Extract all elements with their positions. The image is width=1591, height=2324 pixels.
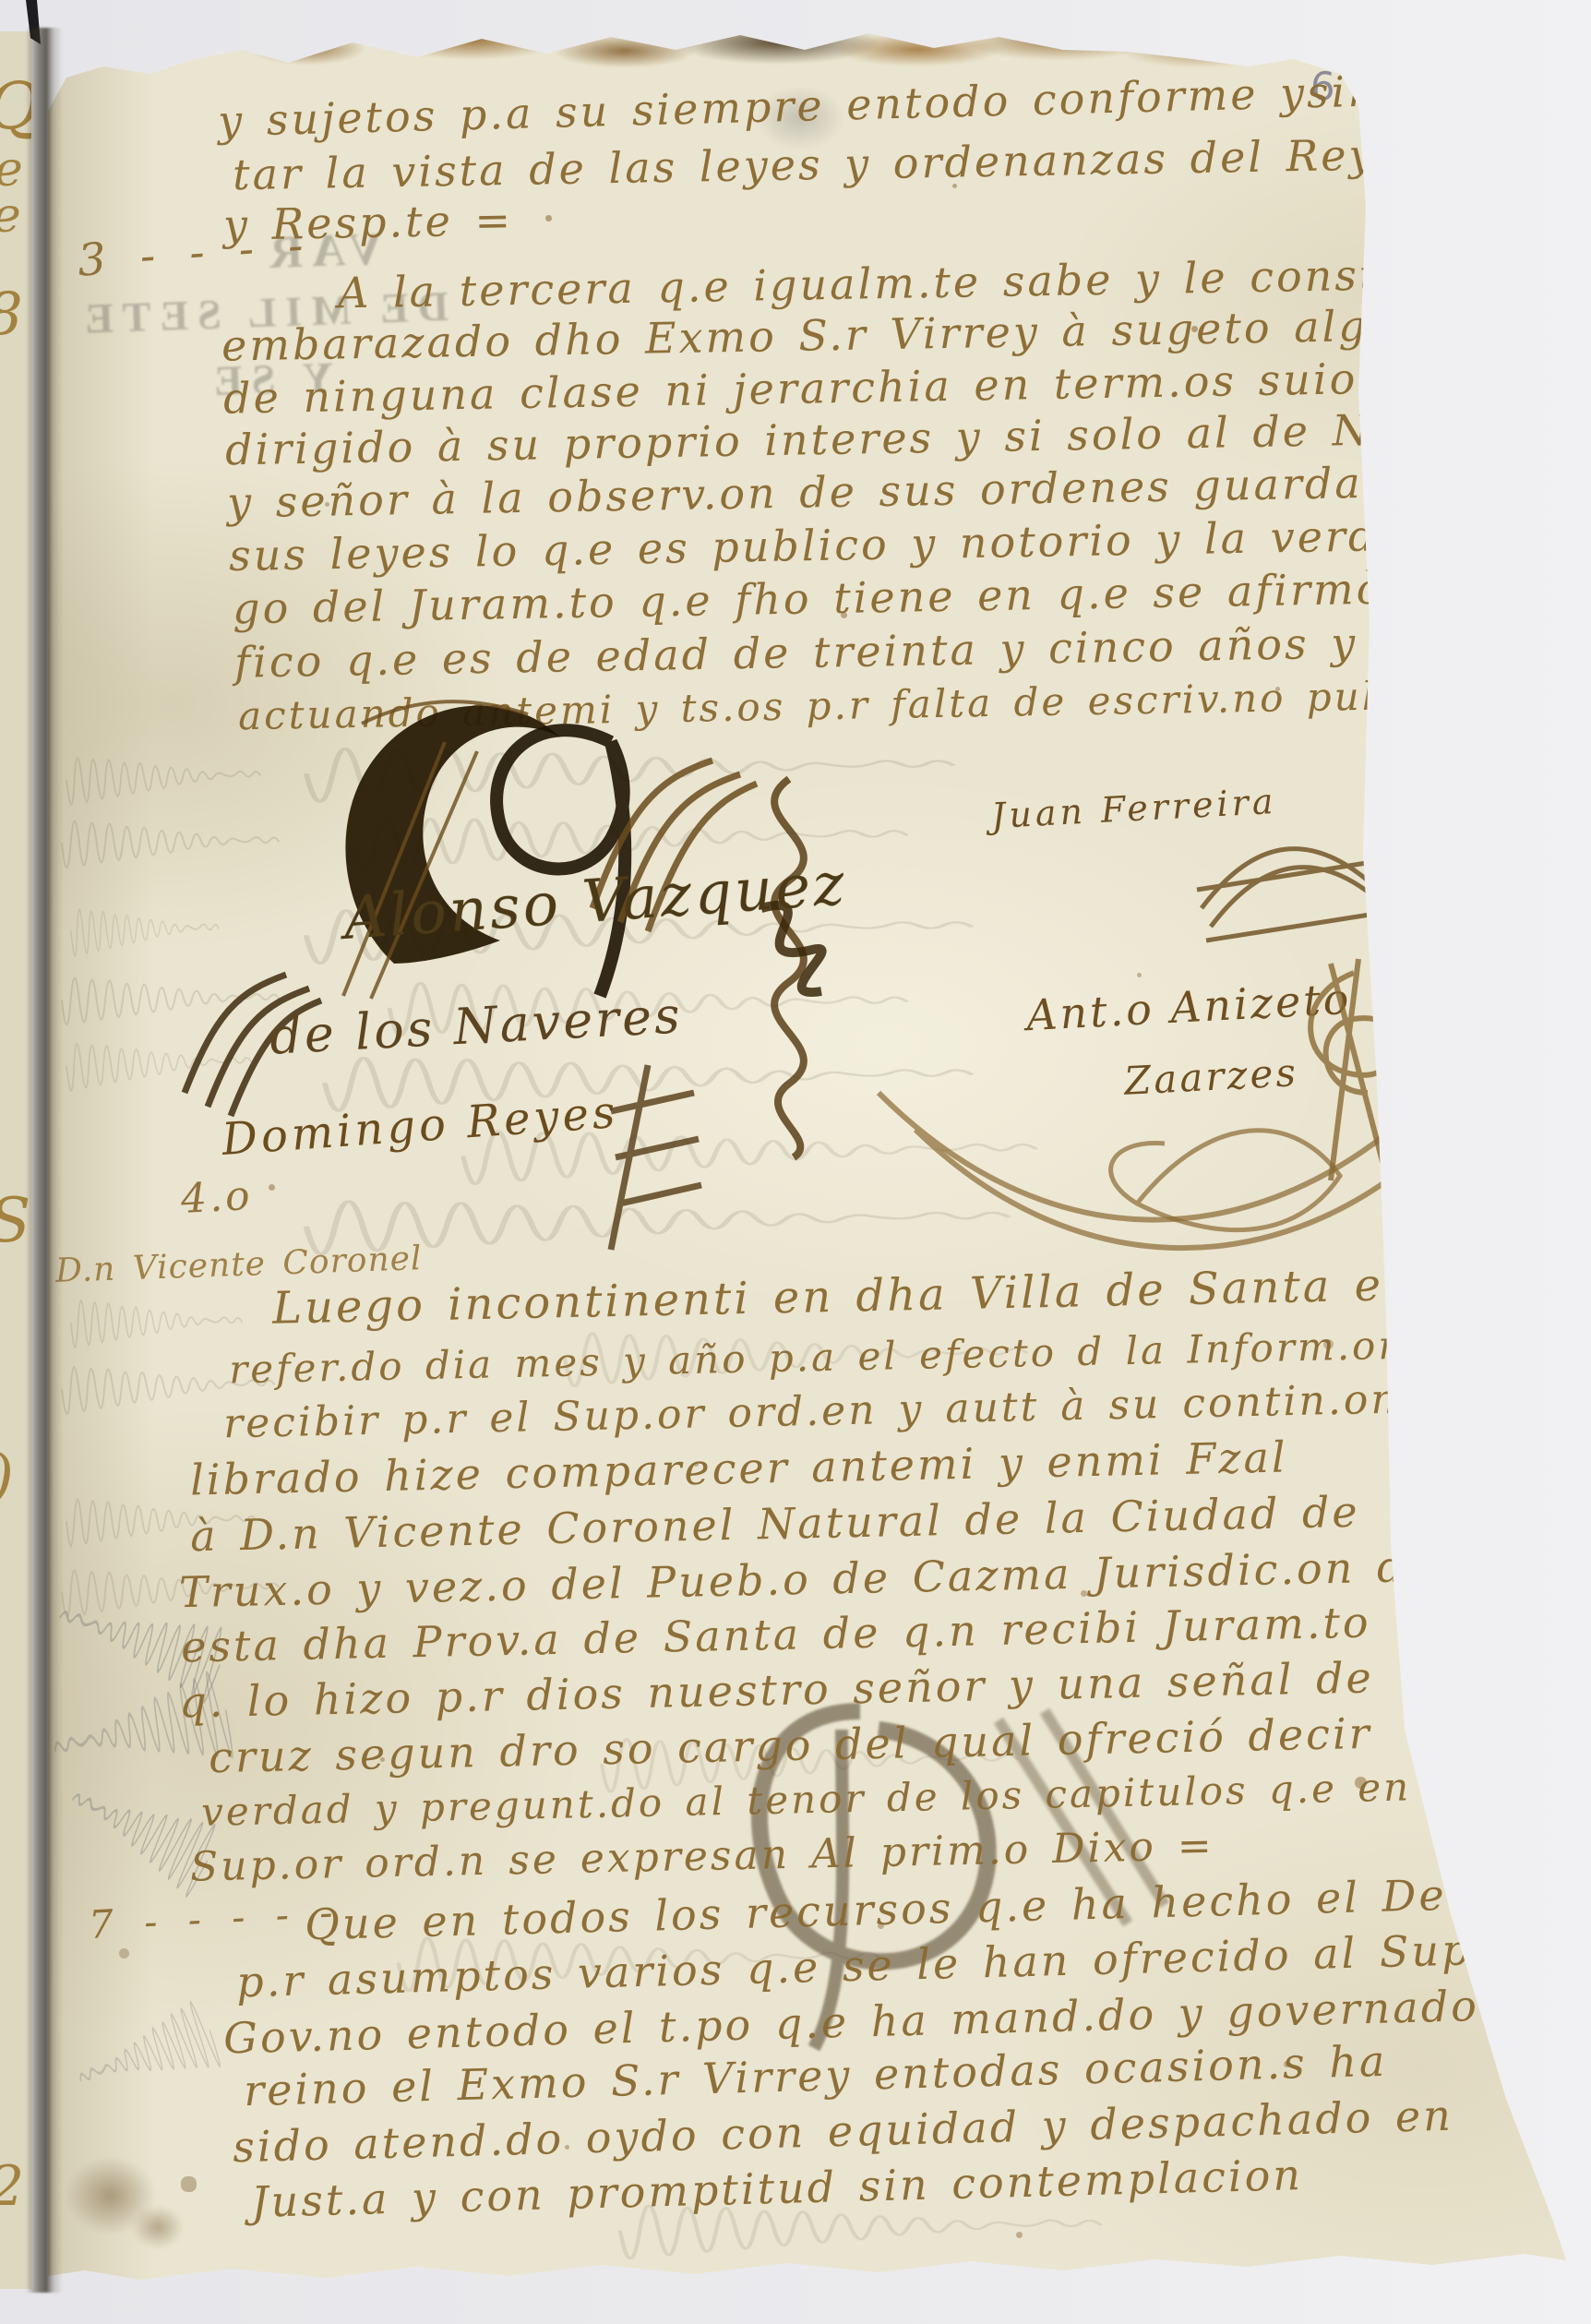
manuscript-line: Luego incontinenti en dha Villa de Santa… <box>272 1257 1484 1334</box>
bottom-left-stain <box>48 2117 205 2274</box>
edge-fragment: ) <box>0 1444 14 1512</box>
bleedthrough-squiggle <box>62 833 279 851</box>
reyes-rubric <box>583 1056 722 1259</box>
edge-fragment: e <box>0 188 21 244</box>
bleedthrough-squiggle <box>66 766 260 787</box>
margin-item-7: 7 - - - - - <box>88 1889 341 1947</box>
ferreira-rubric <box>1183 797 1395 964</box>
edge-fragment: 2 <box>0 2154 24 2219</box>
foxing-spots <box>48 22 53 27</box>
manuscript-scan: Q e e 8 S ) 2 VAR DE MIL SETE Y SE <box>0 0 1591 2324</box>
manuscript-line: A la tercera q.e igualm.te sabe y le con… <box>338 246 1591 318</box>
pencil-scribble <box>76 2020 213 2089</box>
binding-gutter-shadow <box>26 28 63 2293</box>
bleedthrough-squiggle <box>620 2214 1100 2239</box>
edge-fragment: 8 <box>0 281 23 349</box>
manuscript-page: VAR DE MIL SETE Y SE <box>48 22 1573 2294</box>
bleedthrough-squiggle <box>71 919 219 940</box>
margin-item-4: 4.o <box>180 1172 254 1223</box>
sweeping-flourish <box>860 1056 1441 1268</box>
bleedthrough-squiggle <box>71 1312 242 1330</box>
central-loop-rubric <box>711 761 877 1176</box>
